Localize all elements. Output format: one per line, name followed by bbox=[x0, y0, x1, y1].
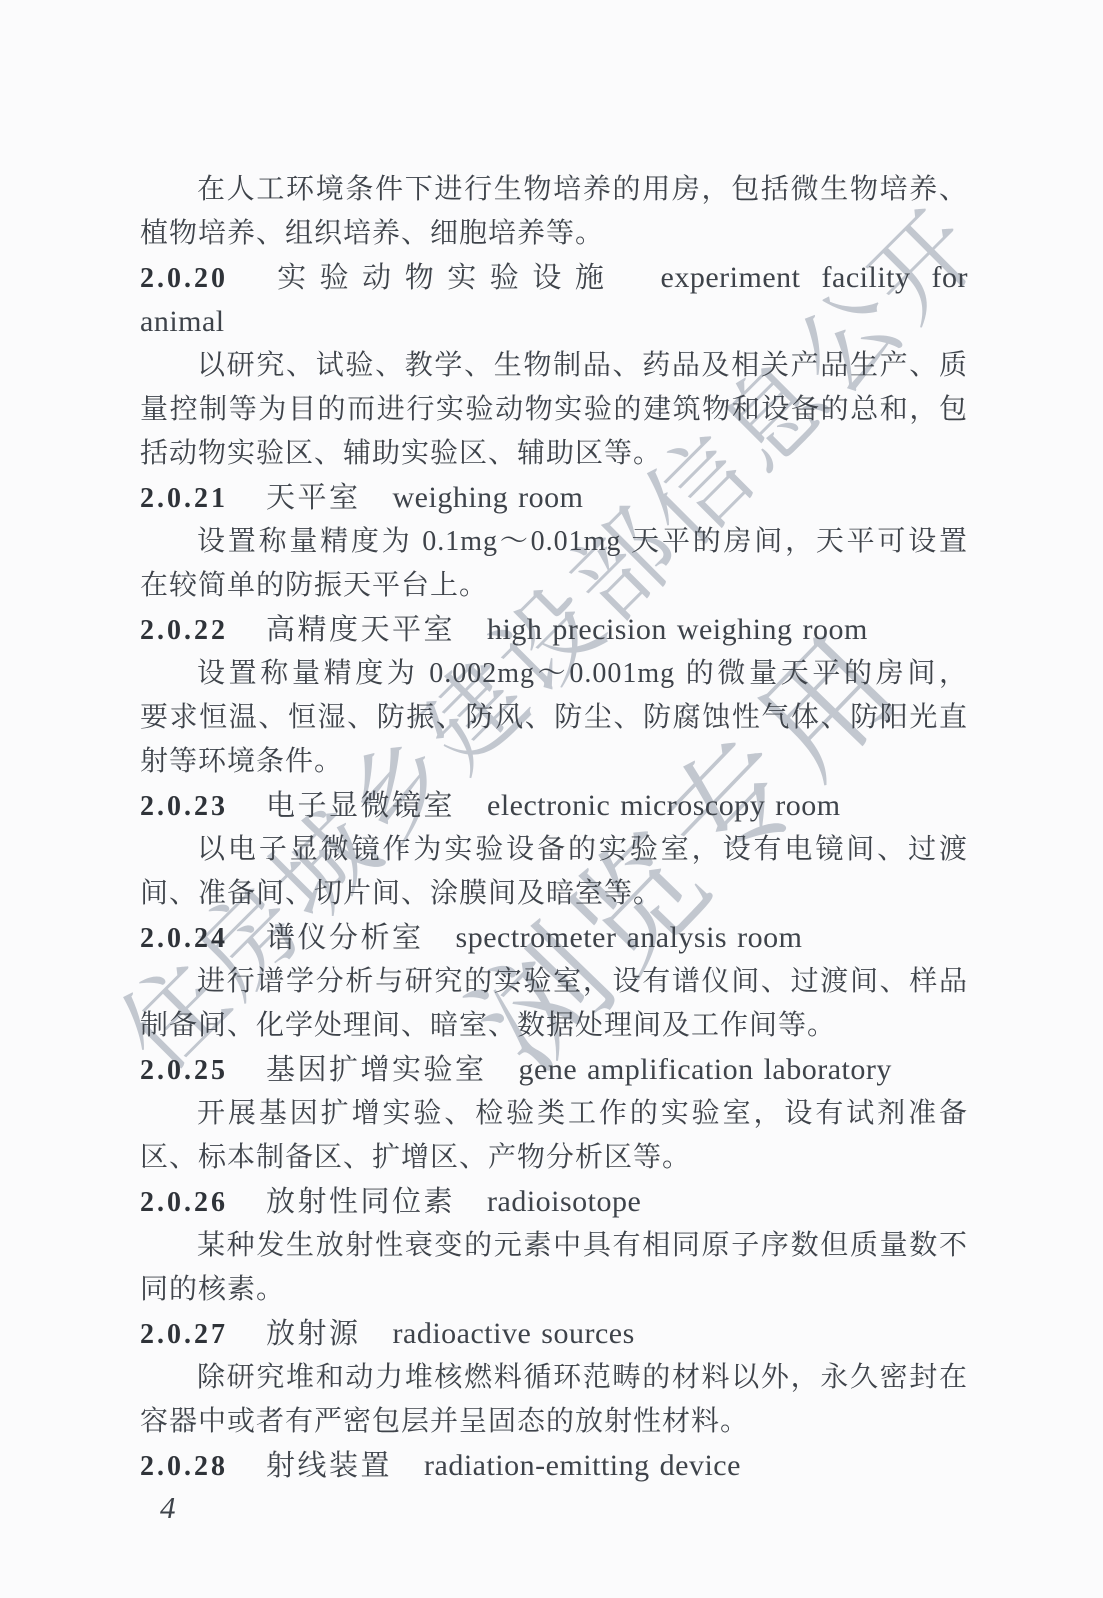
section-heading: 2.0.25 基因扩增实验室 gene amplification labora… bbox=[140, 1048, 968, 1092]
text-line: 间、准备间、切片间、涂膜间及暗室等。 bbox=[140, 872, 968, 916]
text-line: 设置称量精度为 0.1mg～0.01mg 天平的房间，天平可设置 bbox=[140, 520, 968, 564]
text-line: 某种发生放射性衰变的元素中具有相同原子序数但质量数不 bbox=[140, 1224, 968, 1268]
page: 住房城乡建设部信息公开 浏览专用 在人工环境条件下进行生物培养的用房，包括微生物… bbox=[0, 0, 1103, 1598]
text-line: 制备间、化学处理间、暗室、数据处理间及工作间等。 bbox=[140, 1004, 968, 1048]
section-number: 2.0.23 bbox=[140, 791, 228, 822]
line-text: 在人工环境条件下进行生物培养的用房，包括微生物培养、 bbox=[197, 174, 968, 205]
section-heading: 2.0.27 放射源 radioactive sources bbox=[140, 1312, 968, 1356]
text-line: 区、标本制备区、扩增区、产物分析区等。 bbox=[140, 1136, 968, 1180]
line-text: 除研究堆和动力堆核燃料循环范畴的材料以外，永久密封在 bbox=[197, 1362, 968, 1393]
text-line: animal bbox=[140, 300, 968, 344]
text-line: 容器中或者有严密包层并呈固态的放射性材料。 bbox=[140, 1400, 968, 1444]
text-line: 括动物实验区、辅助实验区、辅助区等。 bbox=[140, 432, 968, 476]
term-english: gene amplification laboratory bbox=[519, 1053, 892, 1086]
line-text: 在较简单的防振天平台上。 bbox=[140, 570, 488, 601]
section-number: 2.0.25 bbox=[140, 1055, 228, 1086]
page-number: 4 bbox=[160, 1490, 176, 1526]
term-english: high precision weighing room bbox=[487, 613, 868, 646]
text-line: 在较简单的防振天平台上。 bbox=[140, 564, 968, 608]
term-english: weighing room bbox=[393, 481, 584, 514]
section-heading: 2.0.26 放射性同位素 radioisotope bbox=[140, 1180, 968, 1224]
line-text: 进行谱学分析与研究的实验室，设有谱仪间、过渡间、样品 bbox=[197, 966, 968, 997]
section-number: 2.0.27 bbox=[140, 1319, 228, 1350]
section-heading: 2.0.24 谱仪分析室 spectrometer analysis room bbox=[140, 916, 968, 960]
line-text: 开展基因扩增实验、检验类工作的实验室，设有试剂准备 bbox=[197, 1098, 968, 1129]
line-text: 制备间、化学处理间、暗室、数据处理间及工作间等。 bbox=[140, 1010, 836, 1041]
term-english: radiation-emitting device bbox=[424, 1449, 741, 1482]
line-text: 设置称量精度为 0.002mg～0.001mg 的微量天平的房间， bbox=[197, 658, 968, 689]
line-text: 量控制等为目的而进行实验动物实验的建筑物和设备的总和，包 bbox=[140, 394, 968, 425]
text-line: 在人工环境条件下进行生物培养的用房，包括微生物培养、 bbox=[140, 168, 968, 212]
section-heading: 2.0.28 射线装置 radiation-emitting device bbox=[140, 1444, 968, 1488]
line-text: 要求恒温、恒湿、防振、防风、防尘、防腐蚀性气体、防阳光直 bbox=[140, 702, 968, 733]
line-text: 以研究、试验、教学、生物制品、药品及相关产品生产、质 bbox=[197, 350, 968, 381]
text-line: 要求恒温、恒湿、防振、防风、防尘、防腐蚀性气体、防阳光直 bbox=[140, 696, 968, 740]
text-line: 设置称量精度为 0.002mg～0.001mg 的微量天平的房间， bbox=[140, 652, 968, 696]
term-english: spectrometer analysis room bbox=[456, 921, 803, 954]
text-line: 同的核素。 bbox=[140, 1268, 968, 1312]
line-text: 同的核素。 bbox=[140, 1274, 285, 1305]
term-chinese: 高精度天平室 bbox=[266, 614, 455, 646]
text-line: 植物培养、组织培养、细胞培养等。 bbox=[140, 212, 968, 256]
section-heading: 2.0.22 高精度天平室 high precision weighing ro… bbox=[140, 608, 968, 652]
text-line: 除研究堆和动力堆核燃料循环范畴的材料以外，永久密封在 bbox=[140, 1356, 968, 1400]
line-text: 植物培养、组织培养、细胞培养等。 bbox=[140, 218, 604, 249]
term-chinese: 谱仪分析室 bbox=[266, 922, 424, 954]
term-chinese: 射线装置 bbox=[266, 1450, 392, 1482]
text-line: 进行谱学分析与研究的实验室，设有谱仪间、过渡间、样品 bbox=[140, 960, 968, 1004]
section-number: 2.0.20 bbox=[140, 263, 228, 294]
term-english: electronic microscopy room bbox=[487, 789, 841, 822]
line-text: 间、准备间、切片间、涂膜间及暗室等。 bbox=[140, 878, 662, 909]
term-chinese: 电子显微镜室 bbox=[266, 790, 455, 822]
term-chinese: 放射源 bbox=[266, 1318, 361, 1350]
line-text: 容器中或者有严密包层并呈固态的放射性材料。 bbox=[140, 1406, 749, 1437]
section-number: 2.0.22 bbox=[140, 615, 228, 646]
section-heading: 2.0.21 天平室 weighing room bbox=[140, 476, 968, 520]
text-line: 射等环境条件。 bbox=[140, 740, 968, 784]
line-text: 括动物实验区、辅助实验区、辅助区等。 bbox=[140, 438, 662, 469]
term-chinese: 实验动物实验设施 bbox=[277, 262, 617, 294]
section-number: 2.0.26 bbox=[140, 1187, 228, 1218]
section-number: 2.0.21 bbox=[140, 483, 228, 514]
term-english: radioactive sources bbox=[393, 1317, 635, 1350]
text-line: 开展基因扩增实验、检验类工作的实验室，设有试剂准备 bbox=[140, 1092, 968, 1136]
line-text: animal bbox=[140, 305, 225, 338]
line-text: 以电子显微镜作为实验设备的实验室，设有电镜间、过渡 bbox=[197, 834, 968, 865]
text-block: 在人工环境条件下进行生物培养的用房，包括微生物培养、植物培养、组织培养、细胞培养… bbox=[140, 168, 968, 1488]
section-heading: 2.0.23 电子显微镜室 electronic microscopy room bbox=[140, 784, 968, 828]
section-number: 2.0.24 bbox=[140, 923, 228, 954]
text-line: 以电子显微镜作为实验设备的实验室，设有电镜间、过渡 bbox=[140, 828, 968, 872]
text-line: 以研究、试验、教学、生物制品、药品及相关产品生产、质 bbox=[140, 344, 968, 388]
term-chinese: 基因扩增实验室 bbox=[266, 1054, 487, 1086]
term-english: radioisotope bbox=[487, 1185, 641, 1218]
section-number: 2.0.28 bbox=[140, 1451, 228, 1482]
line-text: 设置称量精度为 0.1mg～0.01mg 天平的房间，天平可设置 bbox=[197, 526, 968, 557]
line-text: 区、标本制备区、扩增区、产物分析区等。 bbox=[140, 1142, 691, 1173]
term-chinese: 天平室 bbox=[266, 482, 361, 514]
term-chinese: 放射性同位素 bbox=[266, 1186, 455, 1218]
line-text: 某种发生放射性衰变的元素中具有相同原子序数但质量数不 bbox=[197, 1230, 968, 1261]
line-text: 射等环境条件。 bbox=[140, 746, 343, 777]
text-line: 量控制等为目的而进行实验动物实验的建筑物和设备的总和，包 bbox=[140, 388, 968, 432]
section-heading: 2.0.20 实验动物实验设施 experiment facility for … bbox=[140, 256, 968, 300]
